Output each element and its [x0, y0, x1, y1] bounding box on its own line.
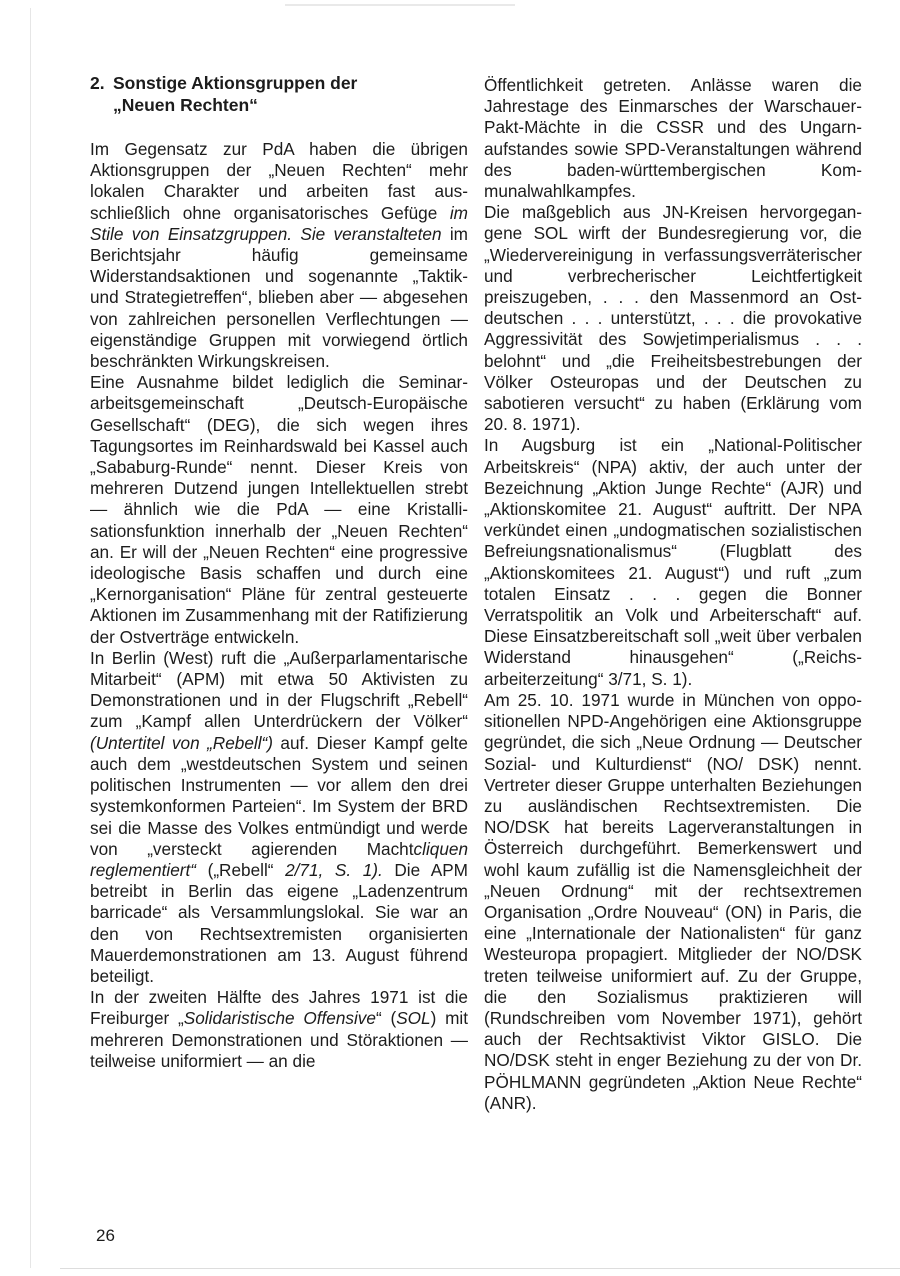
text-run: In Berlin (West) ruft die „Außerparlamen… — [90, 648, 468, 732]
left-column-body: Im Gegensatz zur PdA haben die übrigen A… — [90, 139, 468, 1072]
paragraph-p3: In Berlin (West) ruft die „Außerparlamen… — [90, 648, 468, 987]
paragraph-p2: Eine Ausnahme bildet lediglich die Semin… — [90, 372, 468, 648]
scan-edge-left — [30, 8, 31, 1268]
text-run: “ ( — [376, 1008, 396, 1028]
italic-text: Solidaristische Offensive — [184, 1008, 376, 1028]
italic-text: SOL — [396, 1008, 430, 1028]
text-run: Öffentlichkeit getreten. Anlässe waren d… — [484, 75, 862, 201]
italic-text: (Untertitel von „Re­bell“) — [90, 733, 273, 753]
paragraph-p4: In der zweiten Hälfte des Jahres 1971 is… — [90, 987, 468, 1072]
section-title-line2: „Neuen Rechten“ — [90, 94, 468, 116]
text-run: Im Gegensatz zur PdA haben die übrigen A… — [90, 139, 468, 223]
paragraph-p8: Am 25. 10. 1971 wurde in München von opp… — [484, 690, 862, 1114]
section-number: 2. — [90, 72, 113, 94]
left-column: 2.Sonstige Aktionsgruppen der „Neuen Rec… — [90, 72, 468, 1072]
paragraph-p5: Öffentlichkeit getreten. Anlässe waren d… — [484, 75, 862, 202]
right-column-body: Öffentlichkeit getreten. Anlässe waren d… — [484, 75, 862, 1114]
section-heading: 2.Sonstige Aktionsgruppen der „Neuen Rec… — [90, 72, 468, 116]
paragraph-p1: Im Gegensatz zur PdA haben die übrigen A… — [90, 139, 468, 372]
page-number: 26 — [96, 1226, 115, 1246]
right-column: Öffentlichkeit getreten. Anlässe waren d… — [484, 75, 862, 1114]
text-run: In Augsburg ist ein „National-Politische… — [484, 435, 862, 688]
scan-edge-top — [285, 4, 515, 6]
text-run: im Berichtsjahr häufig gemeinsame Widers… — [90, 224, 468, 371]
paragraph-p7: In Augsburg ist ein „National-Politische… — [484, 435, 862, 689]
text-run: („Rebell“ — [196, 860, 285, 880]
scan-edge-bottom — [60, 1268, 900, 1269]
italic-text: 2/71, S. 1). — [285, 860, 383, 880]
text-run: Am 25. 10. 1971 wurde in München von opp… — [484, 690, 862, 1113]
section-title-line1: Sonstige Aktionsgruppen der — [113, 73, 357, 93]
text-run: Die maßgeblich aus JN-Kreisen hervorgega… — [484, 202, 862, 434]
text-run: Eine Ausnahme bildet lediglich die Semin… — [90, 372, 468, 646]
paragraph-p6: Die maßgeblich aus JN-Kreisen hervorgega… — [484, 202, 862, 435]
